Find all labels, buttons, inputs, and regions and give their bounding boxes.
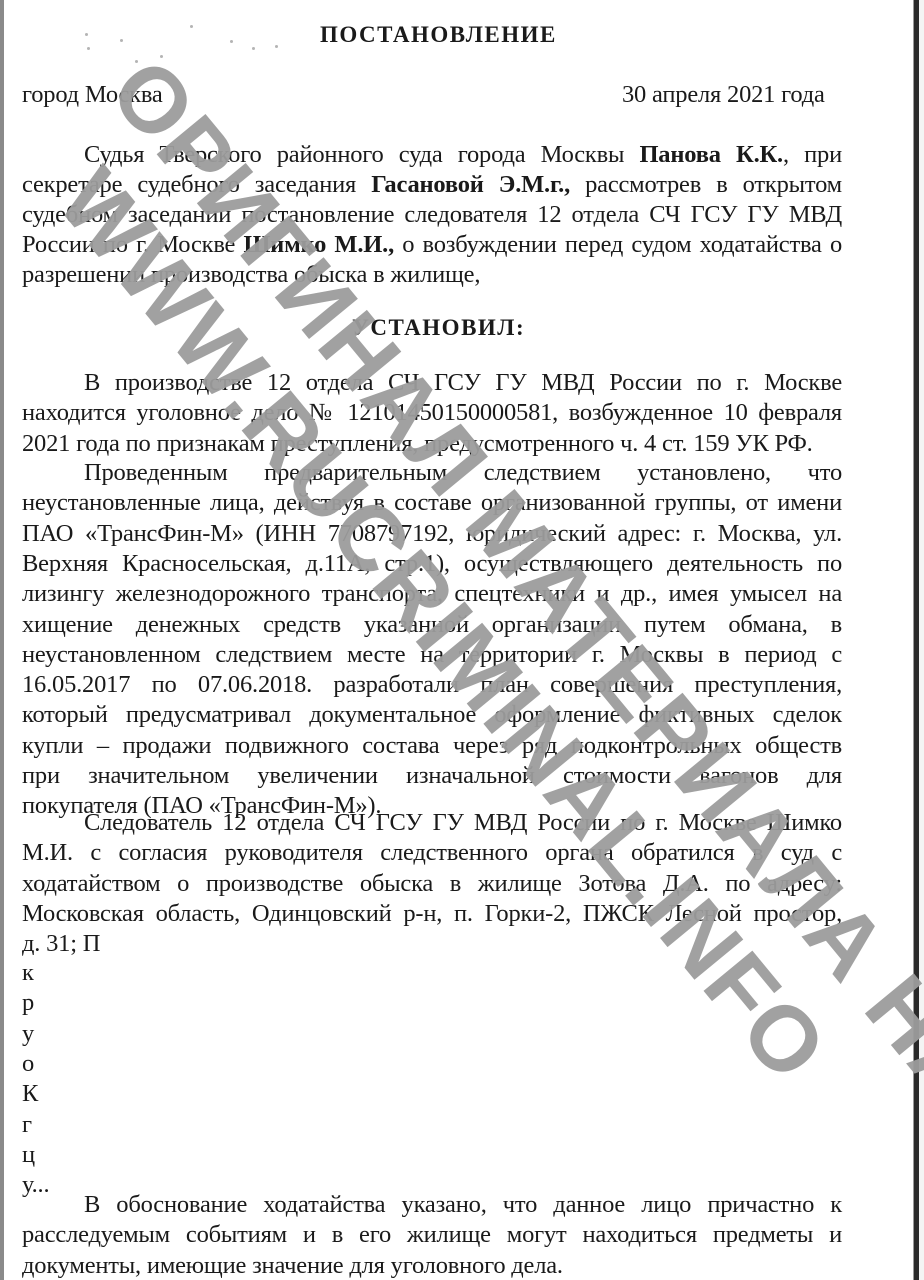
para1-line: В производстве 12 отдела СЧ ГСУ ГУ МВД Р… xyxy=(22,368,842,398)
intro-line: судебном заседании постановление следова… xyxy=(22,200,842,230)
document-date: 30 апреля 2021 года xyxy=(622,80,825,110)
intro-line: разрешении производства обыска в жилище, xyxy=(22,260,842,290)
redacted-area xyxy=(30,955,900,1173)
para3-line: Московская область, Одинцовский р-н, п. … xyxy=(22,899,842,929)
para3-line: ходатайством о производстве обыска в жил… xyxy=(22,869,842,899)
intro-line: секретаре судебного заседания Гасановой … xyxy=(22,170,842,200)
para1-line: 2021 года по признакам преступления, пре… xyxy=(22,429,842,459)
para4-line: В обоснование ходатайства указано, что д… xyxy=(22,1190,842,1220)
judge-name: Панова К.К. xyxy=(639,141,783,168)
para2-line: при значительном увеличении изначальной … xyxy=(22,761,842,791)
para3-line: М.И. с согласия руководителя следственно… xyxy=(22,838,842,868)
para2-line: который предусматривал документальное оф… xyxy=(22,700,842,730)
para2-line: купли – продажи подвижного состава через… xyxy=(22,731,842,761)
redacted-fragment: у xyxy=(22,1019,82,1049)
para4-line: документы, имеющие значение для уголовно… xyxy=(22,1251,842,1280)
para2-line: неустановленные лица, действуя в составе… xyxy=(22,488,842,518)
para2-line: лизингу железнодорожного транспорта, спе… xyxy=(22,579,842,609)
scan-left-border xyxy=(0,0,4,1280)
redacted-fragment: р xyxy=(22,988,82,1018)
redacted-fragment: о xyxy=(22,1049,82,1079)
document-title: ПОСТАНОВЛЕНИЕ xyxy=(320,22,557,48)
place-date-row: город Москва 30 апреля 2021 года xyxy=(22,80,842,110)
city: город Москва xyxy=(22,81,163,108)
para2-line: хищение денежных средств указанной орган… xyxy=(22,610,842,640)
redacted-fragment: ц xyxy=(22,1140,82,1170)
scan-right-margin xyxy=(919,0,924,1280)
para3-line: Следователь 12 отдела СЧ ГСУ ГУ МВД Росс… xyxy=(22,808,842,838)
redacted-fragment: у... xyxy=(22,1170,82,1200)
secretary-name: Гасановой Э.М.г., xyxy=(371,171,570,198)
redacted-fragment: г xyxy=(22,1110,82,1140)
para2-line: 16.05.2017 по 07.06.2018. разработали пл… xyxy=(22,670,842,700)
para4-line: расследуемым событиям и в его жилище мог… xyxy=(22,1220,842,1250)
investigator-name: Шимко М.И., xyxy=(243,231,394,258)
redacted-fragment: К xyxy=(22,1079,82,1109)
para2-line: ПАО «ТрансФин-М» (ИНН 7708797192, юридич… xyxy=(22,519,842,549)
para2-line: неустановленном следствием месте на терр… xyxy=(22,640,842,670)
para2-line: Проведенным предварительным следствием у… xyxy=(22,458,842,488)
para1-line: находится уголовное дело № 1210145015000… xyxy=(22,398,842,428)
redacted-fragment: к xyxy=(22,958,82,988)
section-heading: УСТАНОВИЛ: xyxy=(352,315,525,341)
intro-line: России по г. Москве Шимко М.И., о возбуж… xyxy=(22,230,842,260)
intro-line: Судья Тверского районного суда города Мо… xyxy=(22,140,842,170)
para2-line: Верхняя Красносельская, д.11А, стр.1), о… xyxy=(22,549,842,579)
scan-noise xyxy=(80,15,280,65)
